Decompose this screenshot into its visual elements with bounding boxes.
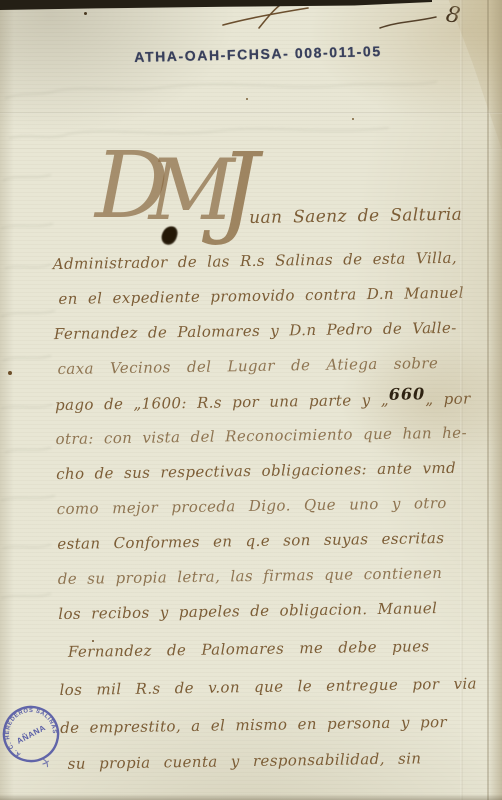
foxing-speck bbox=[352, 118, 354, 120]
foxing-speck bbox=[84, 12, 87, 15]
vertical-crease bbox=[460, 0, 463, 800]
manuscript-line: cho de sus respectivas obligaciones: ant… bbox=[56, 459, 456, 483]
manuscript-line-amount: pago de „1600: R.s por una parte y „660„… bbox=[55, 389, 471, 415]
manuscript-body: uan Saenz de Salturia Administrador de l… bbox=[0, 0, 502, 800]
manuscript-line: uan Saenz de Salturia bbox=[249, 205, 462, 228]
manuscript-scan-page: 8 ATHA-OAH-FCHSA- 008-011-05 D M J uan S… bbox=[0, 0, 502, 800]
manuscript-line: como mejor proceda Digo. Que uno y otro bbox=[57, 494, 447, 518]
manuscript-line: de emprestito, a el mismo en persona y p… bbox=[60, 713, 447, 737]
horizontal-crease bbox=[0, 148, 502, 150]
manuscript-line: caxa Vecinos del Lugar de Atiega sobre bbox=[57, 354, 438, 378]
manuscript-line: Administrador de las R.s Salinas de esta… bbox=[53, 249, 457, 273]
stamp-center-text: AÑANA bbox=[15, 723, 47, 746]
amount-line-pre: pago de „1600: R.s por una parte y „ bbox=[55, 391, 389, 414]
manuscript-line: Fernandez de Palomares y D.n Pedro de Va… bbox=[54, 319, 457, 343]
paper-right-edge-line bbox=[487, 0, 489, 800]
foxing-speck bbox=[8, 371, 12, 375]
amount-line-post: „ por bbox=[425, 390, 471, 409]
manuscript-line: en el expediente promovido contra D.n Ma… bbox=[58, 284, 464, 308]
manuscript-line: los recibos y papeles de obligacion. Man… bbox=[58, 599, 437, 623]
paper-bottom-shadow bbox=[0, 794, 502, 800]
foxing-speck bbox=[430, 330, 433, 333]
archive-stamp: A. C. HEREDEROS SALINAS AÑANA bbox=[1, 700, 67, 782]
manuscript-line: otra: con vista del Reconocimiento que h… bbox=[55, 424, 467, 448]
foxing-speck bbox=[92, 640, 94, 642]
manuscript-line: Fernandez de Palomares me debe pues bbox=[68, 637, 430, 661]
foxing-speck bbox=[246, 98, 248, 100]
paper-right-edge bbox=[488, 0, 502, 800]
manuscript-line: estan Conformes en q.e son suyas escrita… bbox=[57, 529, 444, 553]
manuscript-line: su propia cuenta y responsabilidad, sin bbox=[68, 749, 422, 773]
manuscript-line: los mil R.s de v.on que le entregue por … bbox=[59, 674, 477, 699]
manuscript-line: de su propia letra, las firmas que conti… bbox=[58, 564, 443, 588]
horizontal-crease bbox=[0, 112, 502, 114]
amount-highlight: 660 bbox=[389, 384, 426, 404]
